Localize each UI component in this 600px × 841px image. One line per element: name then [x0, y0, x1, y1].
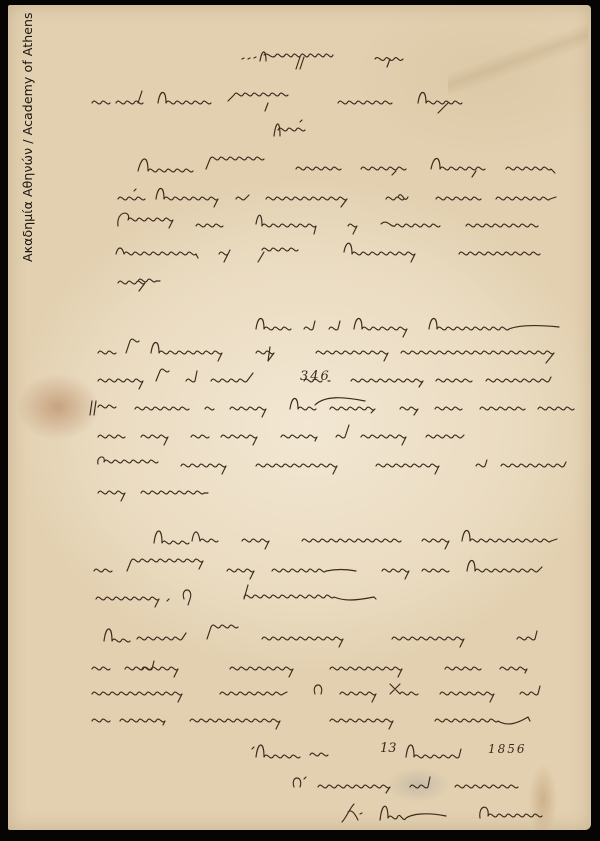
- closing-line: Ο Μαγγιόπουλος του …: [290, 771, 552, 795]
- date-place: [250, 739, 340, 763]
- signature: Κ. Μαγγιόπουλος: [340, 798, 562, 828]
- paragraph-line: … … … … …: [90, 678, 572, 702]
- paragraph-line: … … … …: [96, 337, 571, 361]
- paragraph-line: … … … … …: [92, 555, 572, 579]
- reference-number: 346: [300, 369, 331, 384]
- paragraph-line: … … … … …: [96, 421, 506, 445]
- scan-frame: Μαγγιόπουλος … Του … Αναστασίου Γεωργοπο…: [0, 0, 600, 841]
- letter-addressee: Του … Αναστασίου Γεωργοπούλου … Πατρών: [88, 87, 513, 111]
- date-month: [404, 739, 464, 763]
- paragraph-line: … …: [96, 477, 216, 501]
- date-day: 13: [380, 741, 397, 756]
- paragraph-line: … … … … … …: [90, 393, 572, 417]
- paragraph-line: … … … … …: [102, 623, 570, 647]
- paragraph-line: … Μαγγιόπουλος … …: [116, 183, 566, 207]
- paragraph-line: … … … …: [90, 705, 570, 729]
- paragraph-line: … … … … …: [96, 450, 571, 474]
- section-heading: Προς τον εν Πάτραις …: [254, 313, 574, 337]
- paragraph-line: … … 346 … … …: [96, 365, 571, 389]
- paragraph-line: Αιτηθείς υπό Νικολάου … Κύριε, …: [136, 153, 564, 177]
- paragraph-line: … … … … …: [90, 653, 572, 677]
- paragraph-line: … … …: [94, 583, 414, 607]
- paragraph-line: … … … …: [116, 210, 568, 234]
- document-page: Μαγγιόπουλος … Του … Αναστασίου Γεωργοπο…: [8, 5, 591, 830]
- paragraph-line: …: [116, 267, 176, 291]
- letter-heading: Μαγγιόπουλος …: [240, 45, 420, 69]
- date-year: 1856: [488, 742, 527, 756]
- paragraph-line: … … … Μαγγιόπουλος …: [114, 238, 564, 262]
- paragraph-line: Και … … … … …: [152, 525, 572, 549]
- letter-salutation: Κύριε: [270, 118, 310, 142]
- archive-watermark: Ακαδημία Αθηνών / Academy of Athens: [20, 12, 35, 262]
- paper-crease: [448, 25, 588, 95]
